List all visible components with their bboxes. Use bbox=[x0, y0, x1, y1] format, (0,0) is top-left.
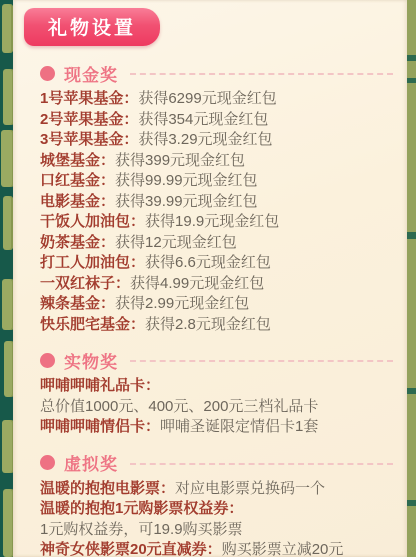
prize-name: 一双红袜子： bbox=[40, 275, 130, 292]
bullet-dot-icon bbox=[40, 455, 55, 470]
prize-list: 呷哺呷哺礼品卡： 总价值1000元、400元、200元三档礼品卡 呷哺呷哺情侣卡… bbox=[40, 376, 395, 438]
prize-item: 呷哺呷哺礼品卡： bbox=[40, 376, 395, 397]
prize-name: 口红基金： bbox=[40, 172, 115, 189]
section-header: 现金奖 bbox=[40, 63, 395, 83]
prize-name: 打工人加油包： bbox=[40, 254, 145, 271]
prize-item: 城堡基金：获得399元现金红包 bbox=[40, 151, 395, 172]
prize-item: 温暖的抱抱电影票：对应电影票兑换码一个 bbox=[40, 479, 395, 500]
prize-item: 辣条基金：获得2.99元现金红包 bbox=[40, 294, 395, 315]
prize-item: 干饭人加油包：获得19.9元现金红包 bbox=[40, 212, 395, 233]
prize-desc: 获得3.29元现金红包 bbox=[138, 131, 272, 148]
prize-item: 快乐肥宅基金：获得2.8元现金红包 bbox=[40, 315, 395, 336]
prize-desc: 获得19.9元现金红包 bbox=[145, 213, 279, 230]
section-cash-prizes: 现金奖 1号苹果基金：获得6299元现金红包 2号苹果基金：获得354元现金红包… bbox=[40, 63, 395, 335]
bullet-dot-icon bbox=[40, 66, 55, 81]
section-title: 现金奖 bbox=[64, 61, 118, 86]
prize-item: 3号苹果基金：获得3.29元现金红包 bbox=[40, 130, 395, 151]
gift-settings-panel: 礼物设置 现金奖 1号苹果基金：获得6299元现金红包 2号苹果基金：获得354… bbox=[13, 0, 407, 557]
prize-item: 奶茶基金：获得12元现金红包 bbox=[40, 233, 395, 254]
section-title: 实物奖 bbox=[64, 348, 118, 373]
bamboo-joint bbox=[407, 78, 416, 83]
prize-item: 2号苹果基金：获得354元现金红包 bbox=[40, 110, 395, 131]
bamboo-segment bbox=[2, 4, 13, 53]
prize-desc: 获得12元现金红包 bbox=[115, 234, 237, 251]
prize-name: 快乐肥宅基金： bbox=[40, 316, 145, 333]
bamboo-joint bbox=[407, 232, 416, 239]
prize-desc: 获得354元现金红包 bbox=[138, 111, 268, 128]
prize-item: 1号苹果基金：获得6299元现金红包 bbox=[40, 89, 395, 110]
prize-item: 打工人加油包：获得6.6元现金红包 bbox=[40, 253, 395, 274]
prize-name: 呷哺呷哺情侣卡： bbox=[40, 418, 160, 435]
section-virtual-prizes: 虚拟奖 温暖的抱抱电影票：对应电影票兑换码一个 温暖的抱抱1元购影票权益券： 1… bbox=[40, 453, 395, 557]
prize-name: 呷哺呷哺礼品卡： bbox=[40, 377, 160, 394]
prize-desc: 获得39.99元现金红包 bbox=[115, 193, 258, 210]
prize-item: 温暖的抱抱1元购影票权益券： bbox=[40, 499, 395, 520]
prize-desc: 购买影票立减20元 bbox=[222, 541, 344, 557]
prize-list: 1号苹果基金：获得6299元现金红包 2号苹果基金：获得354元现金红包 3号苹… bbox=[40, 89, 395, 335]
prize-name: 城堡基金： bbox=[40, 152, 115, 169]
bamboo-joint bbox=[407, 500, 416, 506]
section-header: 实物奖 bbox=[40, 350, 395, 370]
bamboo-joint bbox=[407, 388, 416, 394]
bamboo-right-decoration bbox=[407, 0, 416, 557]
prize-desc: 获得2.99元现金红包 bbox=[115, 295, 249, 312]
prize-desc: 对应电影票兑换码一个 bbox=[175, 480, 325, 497]
prize-desc: 1元购权益券，可19.9购买影票 bbox=[40, 521, 243, 538]
prize-desc: 获得4.99元现金红包 bbox=[130, 275, 264, 292]
prize-item: 电影基金：获得39.99元现金红包 bbox=[40, 192, 395, 213]
prize-item: 一双红袜子：获得4.99元现金红包 bbox=[40, 274, 395, 295]
bullet-dot-icon bbox=[40, 353, 55, 368]
prize-name: 2号苹果基金： bbox=[40, 111, 138, 128]
prize-list: 温暖的抱抱电影票：对应电影票兑换码一个 温暖的抱抱1元购影票权益券： 1元购权益… bbox=[40, 479, 395, 557]
prize-name: 温暖的抱抱1元购影票权益券： bbox=[40, 500, 243, 517]
prize-item: 总价值1000元、400元、200元三档礼品卡 bbox=[40, 397, 395, 418]
prize-name: 神奇女侠影票20元直减券： bbox=[40, 541, 222, 557]
page-title-badge: 礼物设置 bbox=[24, 8, 160, 46]
prize-desc: 呷哺圣诞限定情侣卡1套 bbox=[160, 418, 318, 435]
prize-name: 奶茶基金： bbox=[40, 234, 115, 251]
prize-item: 呷哺呷哺情侣卡：呷哺圣诞限定情侣卡1套 bbox=[40, 417, 395, 438]
prize-name: 温暖的抱抱电影票： bbox=[40, 480, 175, 497]
section-title: 虚拟奖 bbox=[64, 450, 118, 475]
prize-desc: 获得2.8元现金红包 bbox=[145, 316, 271, 333]
panel-content: 礼物设置 现金奖 1号苹果基金：获得6299元现金红包 2号苹果基金：获得354… bbox=[13, 0, 407, 557]
prize-desc: 获得99.99元现金红包 bbox=[115, 172, 258, 189]
prize-name: 辣条基金： bbox=[40, 295, 115, 312]
gift-settings-screen: 礼物设置 现金奖 1号苹果基金：获得6299元现金红包 2号苹果基金：获得354… bbox=[0, 0, 416, 557]
prize-name: 3号苹果基金： bbox=[40, 131, 138, 148]
prize-name: 电影基金： bbox=[40, 193, 115, 210]
prize-name: 干饭人加油包： bbox=[40, 213, 145, 230]
prize-item: 口红基金：获得99.99元现金红包 bbox=[40, 171, 395, 192]
prize-desc: 总价值1000元、400元、200元三档礼品卡 bbox=[40, 398, 318, 415]
bamboo-left-decoration bbox=[0, 0, 14, 557]
prize-item: 神奇女侠影票20元直减券：购买影票立减20元 bbox=[40, 540, 395, 557]
prize-item: 1元购权益券，可19.9购买影票 bbox=[40, 520, 395, 541]
section-physical-prizes: 实物奖 呷哺呷哺礼品卡： 总价值1000元、400元、200元三档礼品卡 呷哺呷… bbox=[40, 350, 395, 438]
section-header: 虚拟奖 bbox=[40, 453, 395, 473]
prize-desc: 获得399元现金红包 bbox=[115, 152, 245, 169]
prize-name: 1号苹果基金： bbox=[40, 90, 138, 107]
prize-desc: 获得6.6元现金红包 bbox=[145, 254, 271, 271]
bamboo-joint bbox=[407, 55, 416, 61]
dashed-divider bbox=[130, 360, 393, 362]
page-title: 礼物设置 bbox=[48, 18, 136, 39]
bamboo-segment bbox=[3, 196, 13, 250]
dashed-divider bbox=[130, 463, 393, 465]
dashed-divider bbox=[130, 73, 393, 75]
prize-desc: 获得6299元现金红包 bbox=[138, 90, 276, 107]
